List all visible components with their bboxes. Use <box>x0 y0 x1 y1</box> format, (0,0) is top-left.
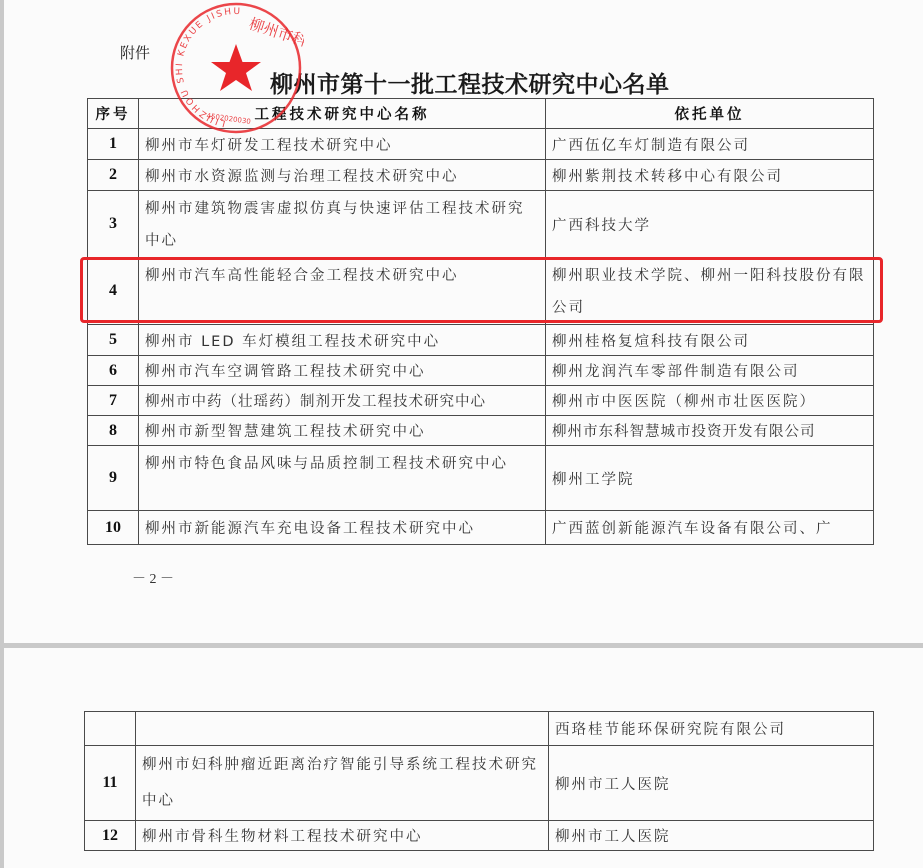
row-unit: 柳州市工人医院 <box>549 746 874 821</box>
annex-label: 附件 <box>120 42 150 63</box>
row-name: 柳州市新能源汽车充电设备工程技术研究中心 <box>139 511 546 545</box>
header-name: 工程技术研究中心名称 <box>139 99 546 129</box>
row-name: 柳州市车灯研发工程技术研究中心 <box>139 129 546 160</box>
row-name: 柳州市中药（壮瑶药）制剂开发工程技术研究中心 <box>139 386 546 416</box>
row-unit: 柳州市东科智慧城市投资开发有限公司 <box>546 416 874 446</box>
row-no: 6 <box>88 356 139 386</box>
row-name: 柳州市特色食品风味与品质控制工程技术研究中心 <box>139 446 546 511</box>
row-no: 9 <box>88 446 139 511</box>
table-row: 9 柳州市特色食品风味与品质控制工程技术研究中心 柳州工学院 <box>88 446 874 511</box>
table-row: 3 柳州市建筑物震害虚拟仿真与快速评估工程技术研究中心 广西科技大学 <box>88 191 874 258</box>
table-row-highlighted: 4 柳州市汽车高性能轻合金工程技术研究中心 柳州职业技术学院、柳州一阳科技股份有… <box>88 258 874 325</box>
row-no: 10 <box>88 511 139 545</box>
row-name <box>136 712 549 746</box>
document-title: 柳州市第十一批工程技术研究中心名单 <box>270 66 670 99</box>
row-unit: 西珞桂节能环保研究院有限公司 <box>549 712 874 746</box>
row-no: 8 <box>88 416 139 446</box>
header-no: 序号 <box>88 99 139 129</box>
row-no: 2 <box>88 160 139 191</box>
row-unit: 柳州工学院 <box>546 446 874 511</box>
row-no: 4 <box>88 258 139 325</box>
row-unit: 柳州紫荆技术转移中心有限公司 <box>546 160 874 191</box>
row-name: 柳州市妇科肿瘤近距离治疗智能引导系统工程技术研究中心 <box>136 746 549 821</box>
table-row: 8 柳州市新型智慧建筑工程技术研究中心 柳州市东科智慧城市投资开发有限公司 <box>88 416 874 446</box>
row-no: 7 <box>88 386 139 416</box>
page-number: － 2 － <box>132 568 174 588</box>
engineering-center-table-continued: 西珞桂节能环保研究院有限公司 11 柳州市妇科肿瘤近距离治疗智能引导系统工程技术… <box>84 711 874 851</box>
document-page-1: 附件 柳州市第十一批工程技术研究中心名单 序号 工程技术研究中心名称 依托单位 … <box>4 0 923 643</box>
table-row: 6 柳州市汽车空调管路工程技术研究中心 柳州龙润汽车零部件制造有限公司 <box>88 356 874 386</box>
row-name: 柳州市 LED 车灯模组工程技术研究中心 <box>139 325 546 356</box>
row-unit: 柳州龙润汽车零部件制造有限公司 <box>546 356 874 386</box>
row-no: 3 <box>88 191 139 258</box>
engineering-center-table: 序号 工程技术研究中心名称 依托单位 1 柳州市车灯研发工程技术研究中心 广西伍… <box>87 98 874 545</box>
table-row: 2 柳州市水资源监测与治理工程技术研究中心 柳州紫荆技术转移中心有限公司 <box>88 160 874 191</box>
row-unit: 广西伍亿车灯制造有限公司 <box>546 129 874 160</box>
row-name: 柳州市建筑物震害虚拟仿真与快速评估工程技术研究中心 <box>139 191 546 258</box>
table-row: 5 柳州市 LED 车灯模组工程技术研究中心 柳州桂格复煊科技有限公司 <box>88 325 874 356</box>
row-unit: 广西蓝创新能源汽车设备有限公司、广 <box>546 511 874 545</box>
row-unit: 柳州市工人医院 <box>549 821 874 851</box>
row-unit: 柳州桂格复煊科技有限公司 <box>546 325 874 356</box>
star-icon <box>211 44 261 91</box>
row-unit: 柳州市中医医院（柳州市壮医医院） <box>546 386 874 416</box>
table-row: 12 柳州市骨科生物材料工程技术研究中心 柳州市工人医院 <box>85 821 874 851</box>
table-header-row: 序号 工程技术研究中心名称 依托单位 <box>88 99 874 129</box>
row-unit: 广西科技大学 <box>546 191 874 258</box>
row-no: 11 <box>85 746 136 821</box>
row-no: 1 <box>88 129 139 160</box>
row-no: 12 <box>85 821 136 851</box>
row-name: 柳州市水资源监测与治理工程技术研究中心 <box>139 160 546 191</box>
table-row: 10 柳州市新能源汽车充电设备工程技术研究中心 广西蓝创新能源汽车设备有限公司、… <box>88 511 874 545</box>
row-no: 5 <box>88 325 139 356</box>
table-row: 11 柳州市妇科肿瘤近距离治疗智能引导系统工程技术研究中心 柳州市工人医院 <box>85 746 874 821</box>
row-name: 柳州市骨科生物材料工程技术研究中心 <box>136 821 549 851</box>
row-no <box>85 712 136 746</box>
row-name: 柳州市新型智慧建筑工程技术研究中心 <box>139 416 546 446</box>
table-row: 1 柳州市车灯研发工程技术研究中心 广西伍亿车灯制造有限公司 <box>88 129 874 160</box>
row-unit: 柳州职业技术学院、柳州一阳科技股份有限公司 <box>546 258 874 325</box>
document-page-2: 西珞桂节能环保研究院有限公司 11 柳州市妇科肿瘤近距离治疗智能引导系统工程技术… <box>4 648 923 868</box>
header-unit: 依托单位 <box>546 99 874 129</box>
svg-text:柳州市科学: 柳州市科学 <box>247 15 304 55</box>
table-row: 7 柳州市中药（壮瑶药）制剂开发工程技术研究中心 柳州市中医医院（柳州市壮医医院… <box>88 386 874 416</box>
row-name: 柳州市汽车高性能轻合金工程技术研究中心 <box>139 258 546 325</box>
row-name: 柳州市汽车空调管路工程技术研究中心 <box>139 356 546 386</box>
table-row-continued: 西珞桂节能环保研究院有限公司 <box>85 712 874 746</box>
